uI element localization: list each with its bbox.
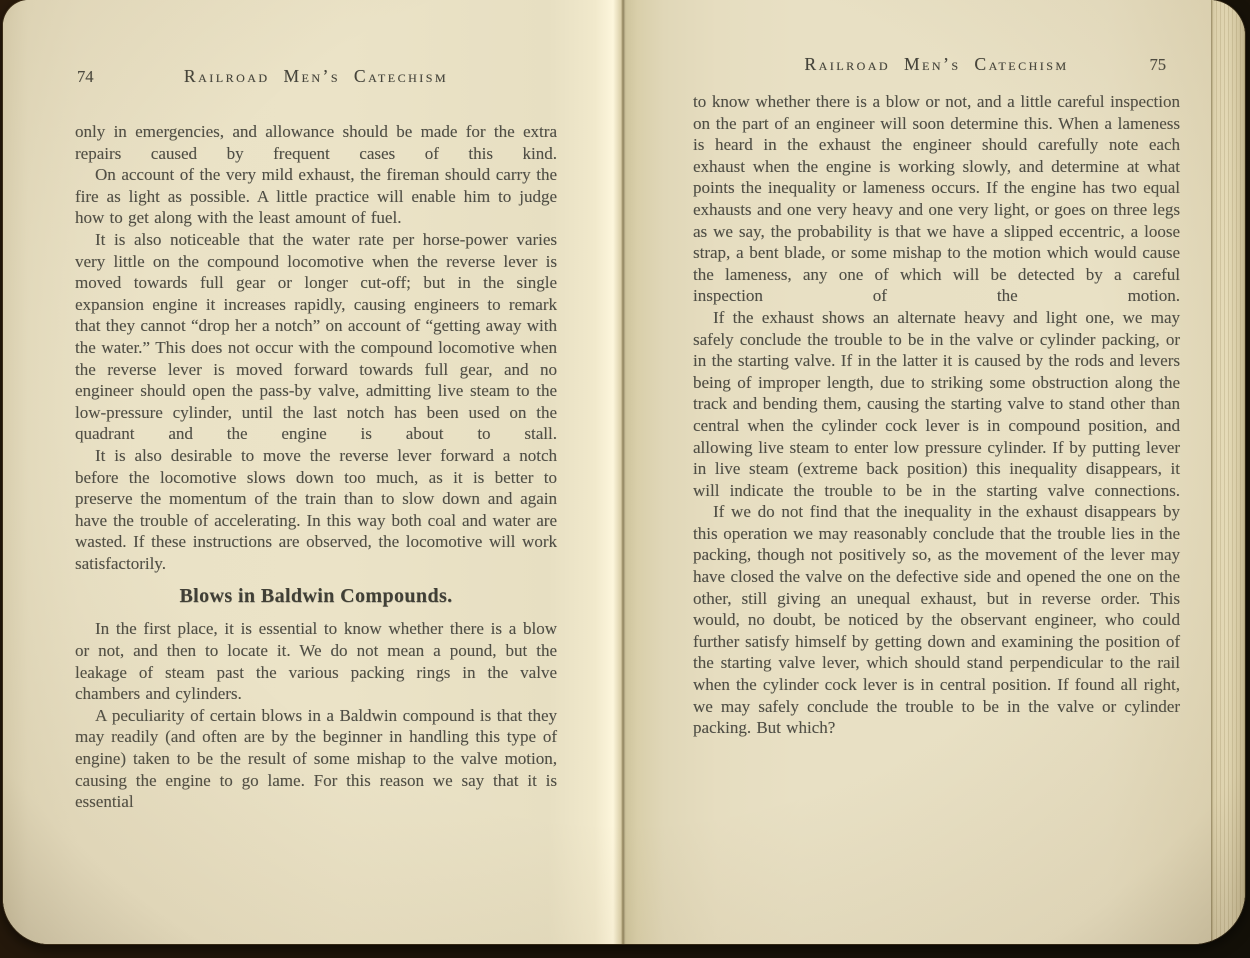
page-number: 74 bbox=[77, 67, 94, 87]
paragraph: only in emergencies, and allowance shoul… bbox=[75, 121, 557, 164]
paragraph: A peculiarity of certain blows in a Bald… bbox=[75, 705, 557, 813]
paragraph: It is also desirable to move the reverse… bbox=[75, 445, 557, 575]
section-heading: Blows in Baldwin Compounds. bbox=[75, 585, 557, 608]
page-75-header: Railroad Men’s Catechism 75 bbox=[693, 54, 1180, 78]
paragraph: It is also noticeable that the water rat… bbox=[75, 229, 557, 445]
running-title: Railroad Men’s Catechism bbox=[75, 66, 557, 87]
paragraph: On account of the very mild exhaust, the… bbox=[75, 164, 557, 229]
paragraph: If the exhaust shows an alternate heavy … bbox=[693, 307, 1180, 501]
page-74-body: only in emergencies, and allowance shoul… bbox=[75, 121, 557, 813]
paragraph: to know whether there is a blow or not, … bbox=[693, 91, 1180, 307]
book-scan: { "colors": { "paper": "#e8e0c4", "ink":… bbox=[0, 0, 1250, 958]
page-number: 75 bbox=[1150, 55, 1167, 75]
paragraph: In the first place, it is essential to k… bbox=[75, 618, 557, 704]
paragraph: If we do not find that the inequality in… bbox=[693, 501, 1180, 739]
page-75-body: to know whether there is a blow or not, … bbox=[693, 91, 1180, 739]
page-75: Railroad Men’s Catechism 75 to know whet… bbox=[693, 54, 1180, 739]
page-stack-fore-edge bbox=[1211, 0, 1245, 944]
page-74: 74 Railroad Men’s Catechism only in emer… bbox=[75, 66, 557, 813]
open-book: 74 Railroad Men’s Catechism only in emer… bbox=[3, 0, 1245, 944]
page-74-header: 74 Railroad Men’s Catechism bbox=[75, 66, 557, 90]
book-gutter bbox=[621, 0, 625, 944]
running-title: Railroad Men’s Catechism bbox=[693, 54, 1180, 75]
